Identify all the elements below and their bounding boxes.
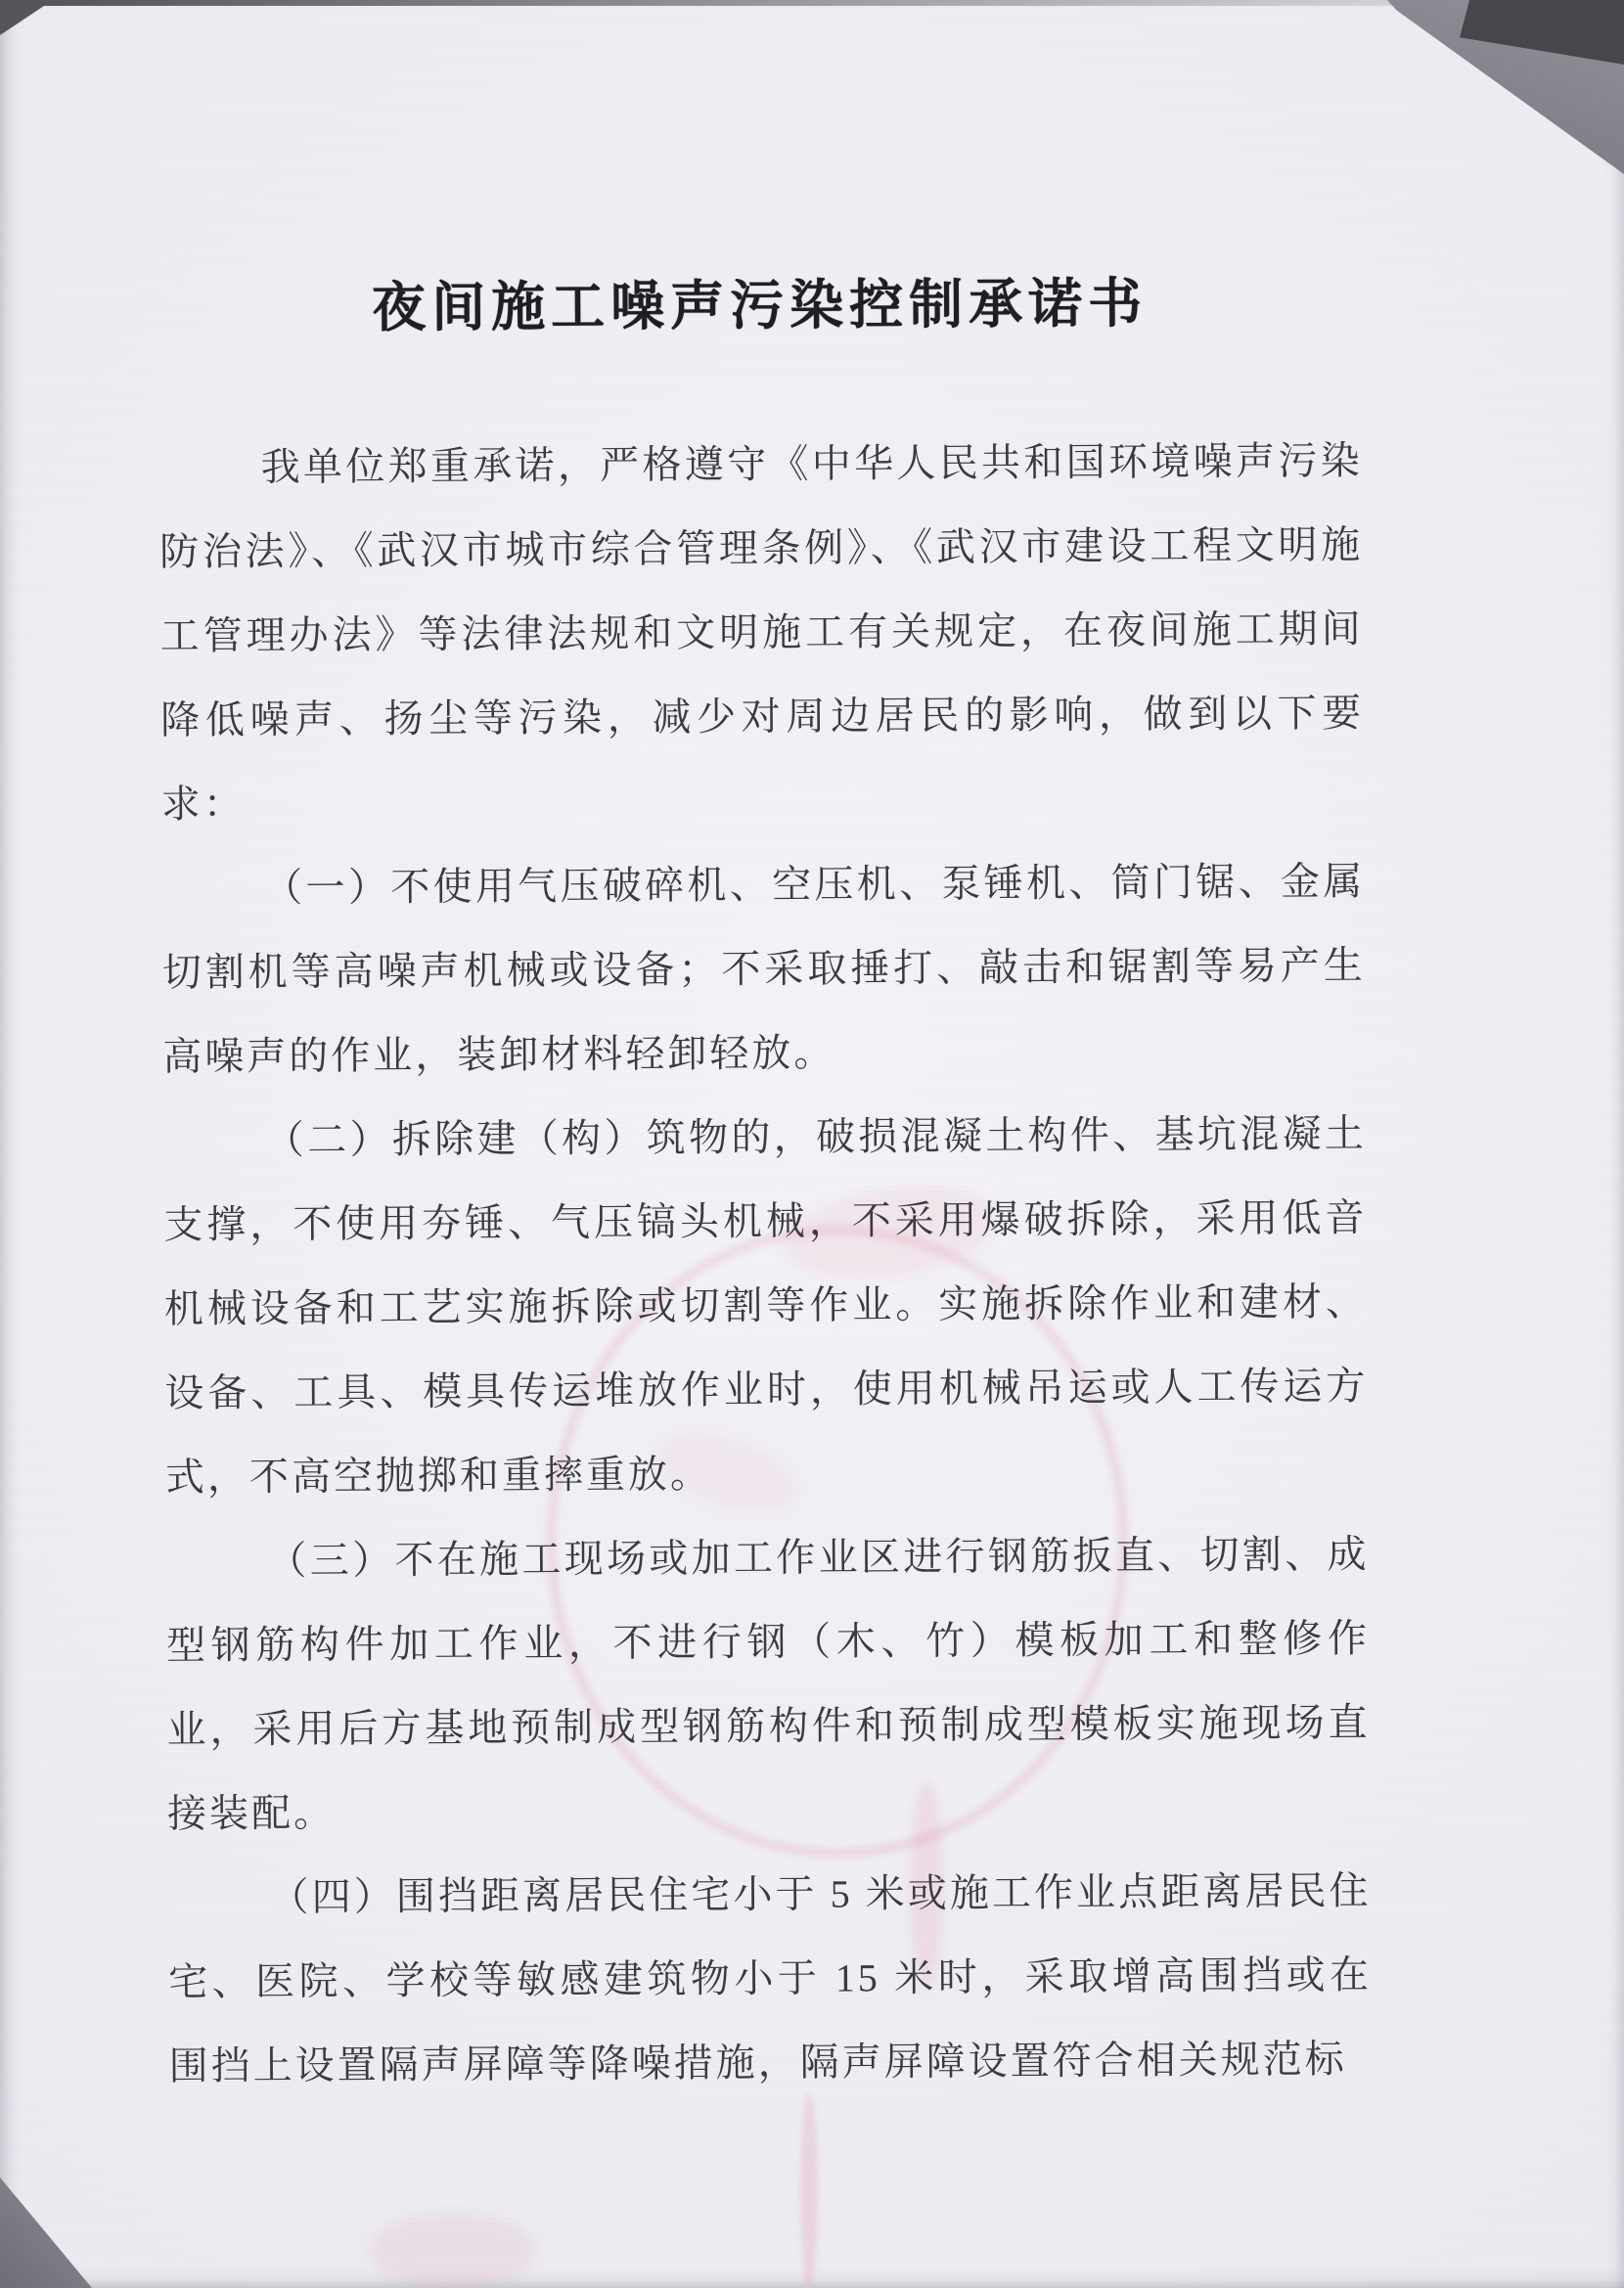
faint-red-stamp-smudge xyxy=(370,2213,536,2288)
paragraph-item-2: （二）拆除建（构）筑物的，破损混凝土构件、基坑混凝土支撑，不使用夯锤、气压镐头机… xyxy=(163,1092,1370,1520)
faint-red-stamp-streak xyxy=(800,2093,818,2288)
scan-artifact-bottom-left-corner xyxy=(0,2177,92,2288)
document-title: 夜间施工噪声污染控制承诺书 xyxy=(158,266,1361,344)
paragraph-item-3: （三）不在施工现场或加工作业区进行钢筋扳直、切割、成型钢筋构件加工作业，不进行钢… xyxy=(165,1512,1371,1857)
scanned-document-page: 夜间施工噪声污染控制承诺书 我单位郑重承诺，严格遵守《中华人民共和国环境噪声污染… xyxy=(0,0,1624,2288)
document-content: 夜间施工噪声污染控制承诺书 我单位郑重承诺，严格遵守《中华人民共和国环境噪声污染… xyxy=(157,0,1373,2109)
paragraph-item-1: （一）不使用气压破碎机、空压机、泵锤机、筒门锯、金属切割机等高噪声机械或设备；不… xyxy=(161,839,1367,1099)
document-body: 我单位郑重承诺，严格遵守《中华人民共和国环境噪声污染防治法》、《武汉市城市综合管… xyxy=(158,419,1372,2108)
paragraph-item-4: （四）围挡距离居民住宅小于 5 米或施工作业点距离居民住宅、医院、学校等敏感建筑… xyxy=(167,1849,1373,2109)
paragraph-intro: 我单位郑重承诺，严格遵守《中华人民共和国环境噪声污染防治法》、《武汉市城市综合管… xyxy=(158,419,1365,847)
